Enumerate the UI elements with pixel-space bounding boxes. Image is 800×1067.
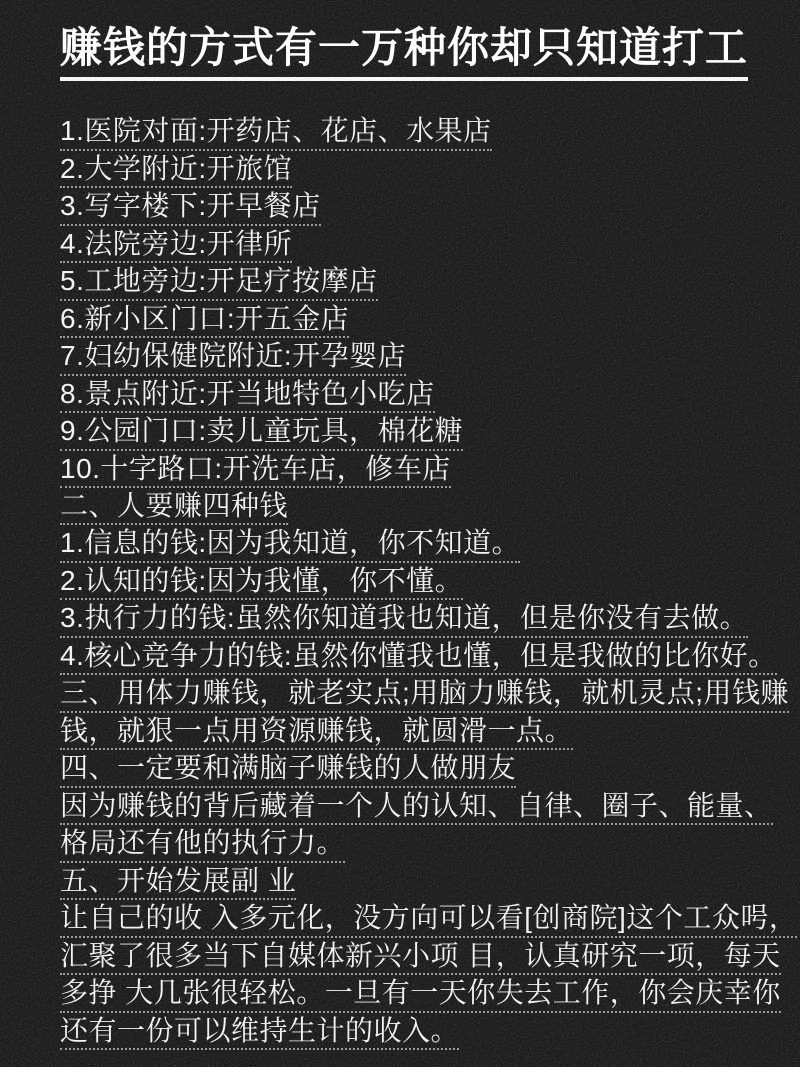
- line-text: 四、一定要和满脑子赚钱的人做朋友: [60, 752, 516, 787]
- text-line: 格局还有他的执行力。: [60, 827, 748, 862]
- text-line: 9.公园门口:卖儿童玩具，棉花糖: [60, 415, 748, 450]
- text-line: 钱，就狠一点用资源赚钱，就圆滑一点。: [60, 715, 748, 750]
- text-line: 2.大学附近:开旅馆: [60, 153, 748, 188]
- text-line: 5.工地旁边:开足疗按摩店: [60, 265, 748, 300]
- text-line: 多挣 大几张很轻松。一旦有一天你失去工作，你会庆幸你: [60, 977, 748, 1012]
- line-text: 5.工地旁边:开足疗按摩店: [60, 265, 378, 300]
- line-text: 汇聚了很多当下自媒体新兴小项 目，认真研究一项，每天: [60, 940, 781, 975]
- text-body: 1.医院对面:开药店、花店、水果店 2.大学附近:开旅馆 3.写字楼下:开早餐店…: [60, 115, 748, 1050]
- text-line: 4.法院旁边:开律所: [60, 228, 748, 263]
- text-line: 因为赚钱的背后藏着一个人的认知、自律、圈子、能量、: [60, 790, 748, 825]
- text-line: 2.认知的钱:因为我懂，你不懂。: [60, 565, 748, 600]
- line-text: 2.大学附近:开旅馆: [60, 153, 292, 188]
- text-line: 7.妇幼保健院附近:开孕婴店: [60, 340, 748, 375]
- line-text: 2.认知的钱:因为我懂，你不懂。: [60, 565, 463, 600]
- text-line: 让自己的收 入多元化，没方向可以看[创商院]这个工众呺，: [60, 902, 748, 937]
- line-text: 3.执行力的钱:虽然你知道我也知道，但是你没有去做。: [60, 602, 748, 637]
- line-text: 五、开始发展副 业: [60, 865, 296, 900]
- page-title: 赚钱的方式有一万种你却只知道打工: [60, 24, 748, 81]
- line-text: 二、人要赚四种钱: [60, 490, 288, 525]
- text-line: 二、人要赚四种钱: [60, 490, 748, 525]
- line-text: 3.写字楼下:开早餐店: [60, 190, 321, 225]
- line-text: 格局还有他的执行力。: [60, 827, 345, 862]
- line-text: 多挣 大几张很轻松。一旦有一天你失去工作，你会庆幸你: [60, 977, 781, 1012]
- text-line: 3.执行力的钱:虽然你知道我也知道，但是你没有去做。: [60, 602, 748, 637]
- line-text: 8.景点附近:开当地特色小吃店: [60, 378, 435, 413]
- text-line: 还有一份可以维持生计的收入。: [60, 1015, 748, 1050]
- line-text: 1.信息的钱:因为我知道，你不知道。: [60, 527, 520, 562]
- text-line: 3.写字楼下:开早餐店: [60, 190, 748, 225]
- line-text: 4.法院旁边:开律所: [60, 228, 292, 263]
- line-text: 9.公园门口:卖儿童玩具，棉花糖: [60, 415, 463, 450]
- line-text: 1.医院对面:开药店、花店、水果店: [60, 115, 492, 150]
- line-text: 三、用体力赚钱，就老实点;用脑力赚钱，就机灵点;用钱赚: [60, 677, 789, 712]
- text-line: 1.医院对面:开药店、花店、水果店: [60, 115, 748, 150]
- text-line: 1.信息的钱:因为我知道，你不知道。: [60, 527, 748, 562]
- line-text: 4.核心竞争力的钱:虽然你懂我也懂，但是我做的比你好。: [60, 640, 777, 675]
- text-line: 四、一定要和满脑子赚钱的人做朋友: [60, 752, 748, 787]
- text-line: 10.十字路口:开洗车店，修车店: [60, 453, 748, 488]
- line-text: 让自己的收 入多元化，没方向可以看[创商院]这个工众呺，: [60, 902, 797, 937]
- text-line: 汇聚了很多当下自媒体新兴小项 目，认真研究一项，每天: [60, 940, 748, 975]
- line-text: 还有一份可以维持生计的收入。: [60, 1015, 459, 1050]
- text-line: 五、开始发展副 业: [60, 865, 748, 900]
- line-text: 钱，就狠一点用资源赚钱，就圆滑一点。: [60, 715, 573, 750]
- poster-page: 赚钱的方式有一万种你却只知道打工 1.医院对面:开药店、花店、水果店 2.大学附…: [0, 0, 800, 1067]
- line-text: 因为赚钱的背后藏着一个人的认知、自律、圈子、能量、: [60, 790, 773, 825]
- line-text: 6.新小区门口:开五金店: [60, 303, 349, 338]
- line-text: 7.妇幼保健院附近:开孕婴店: [60, 340, 406, 375]
- text-line: 4.核心竞争力的钱:虽然你懂我也懂，但是我做的比你好。: [60, 640, 748, 675]
- text-line: 6.新小区门口:开五金店: [60, 303, 748, 338]
- text-line: 三、用体力赚钱，就老实点;用脑力赚钱，就机灵点;用钱赚: [60, 677, 748, 712]
- text-line: 8.景点附近:开当地特色小吃店: [60, 378, 748, 413]
- poster-content: 赚钱的方式有一万种你却只知道打工 1.医院对面:开药店、花店、水果店 2.大学附…: [0, 0, 800, 1067]
- line-text: 10.十字路口:开洗车店，修车店: [60, 453, 451, 488]
